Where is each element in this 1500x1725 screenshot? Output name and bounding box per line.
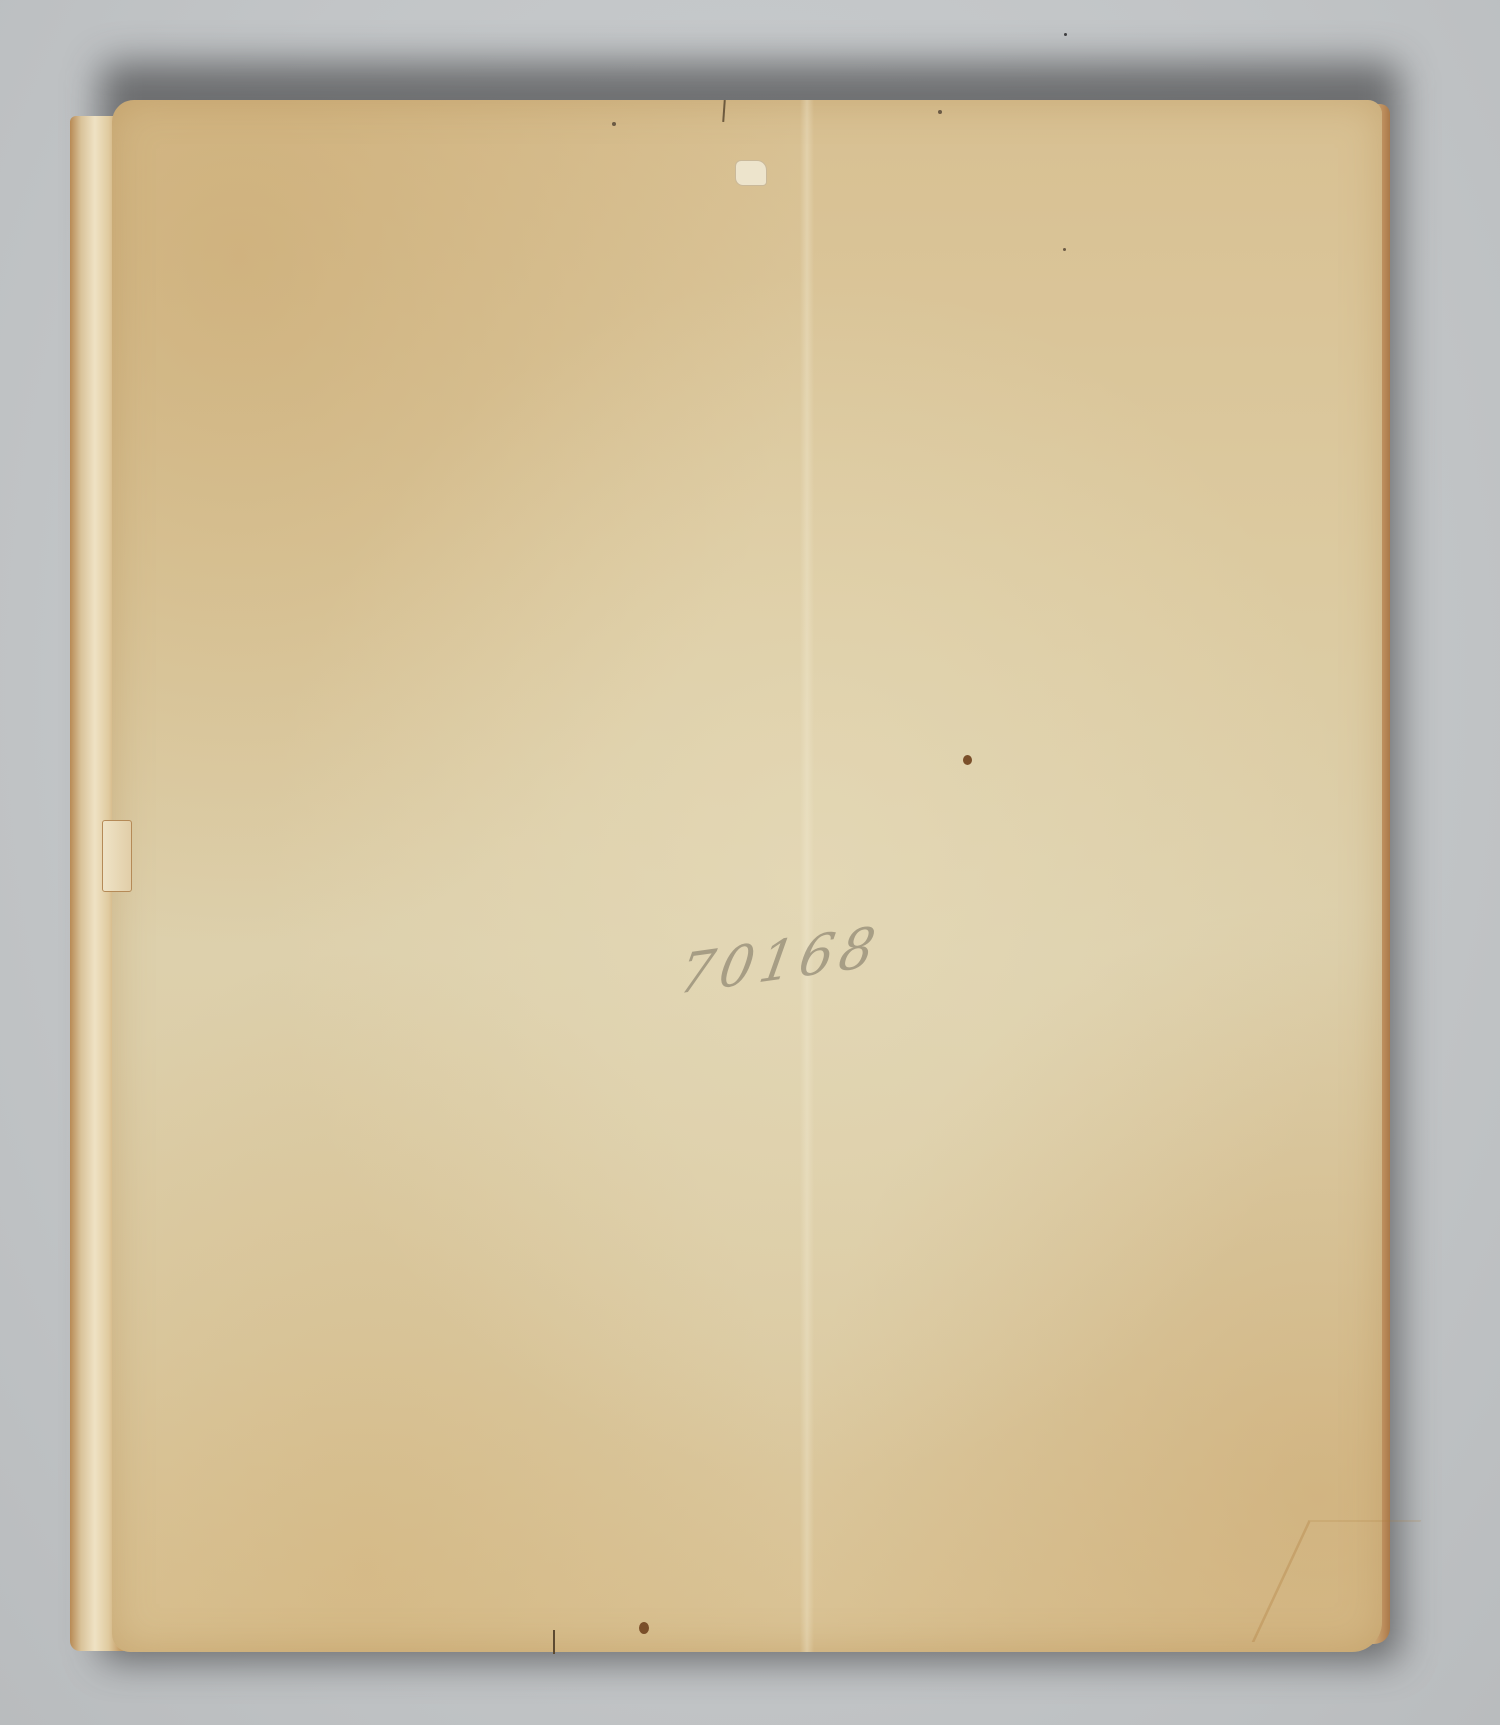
foxing-spot (639, 1622, 649, 1634)
bottom-edge-tear (553, 1630, 555, 1654)
paper-flake (735, 160, 767, 186)
spine-tab (102, 820, 132, 892)
foxing-spot (1063, 248, 1066, 251)
foxing-spot (963, 755, 972, 765)
dust-speck (1064, 33, 1067, 36)
fold-crease (800, 100, 814, 1652)
booklet-cover (112, 100, 1382, 1652)
foxing-spot (938, 110, 942, 114)
foxing-spot (612, 122, 616, 126)
